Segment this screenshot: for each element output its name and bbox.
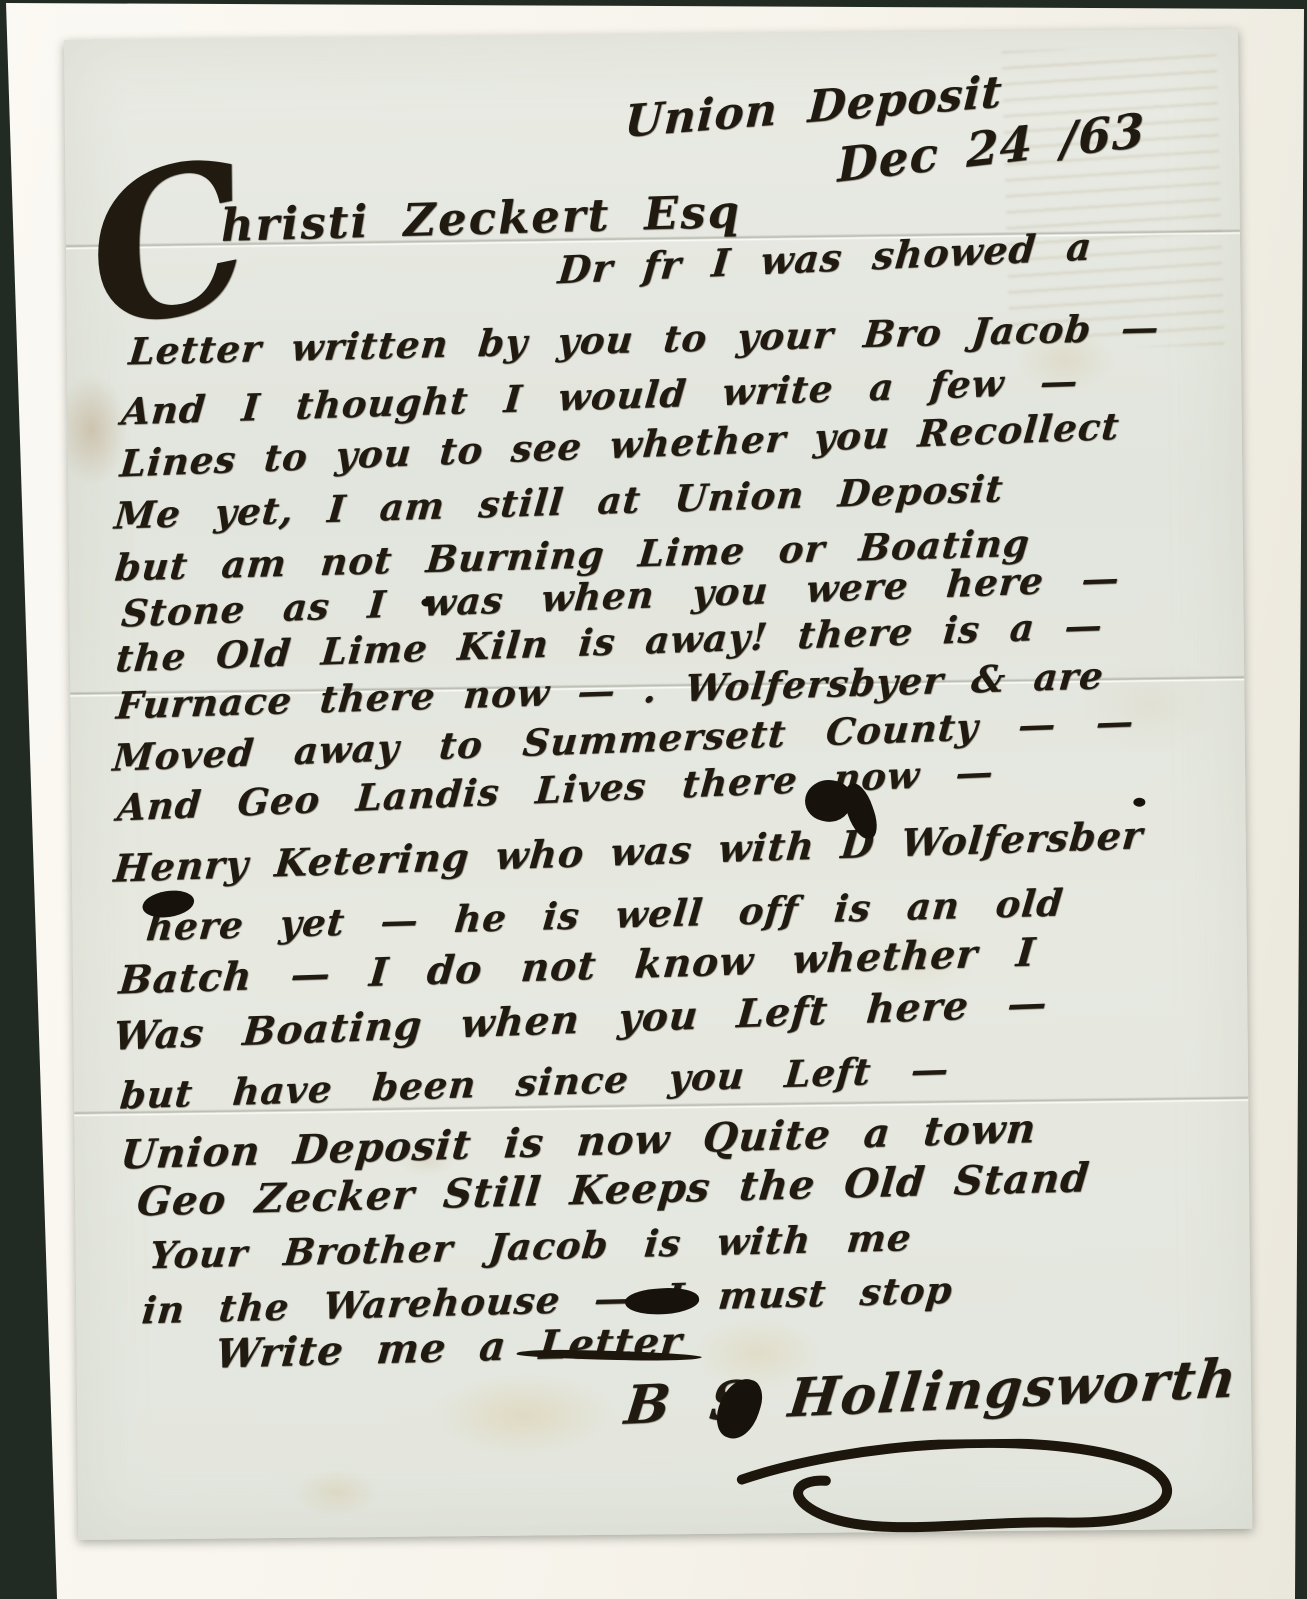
bleed-through-texture: [1002, 45, 1225, 351]
signature: B S Hollingsworth: [622, 1347, 1242, 1437]
letter-line: Your Brother Jacob is with me: [147, 1215, 913, 1277]
letter-line: Henry Ketering who was with D Wolfersber: [112, 812, 1145, 890]
ink-speck: [1133, 798, 1145, 807]
letter-salutation: Christi Zeckert Esq: [85, 124, 744, 342]
signature-flourish: [727, 1437, 1218, 1562]
letter-page: Union Deposit Dec 24 /63 Christi Zeckert…: [64, 29, 1252, 1540]
ink-speck: [421, 598, 431, 606]
